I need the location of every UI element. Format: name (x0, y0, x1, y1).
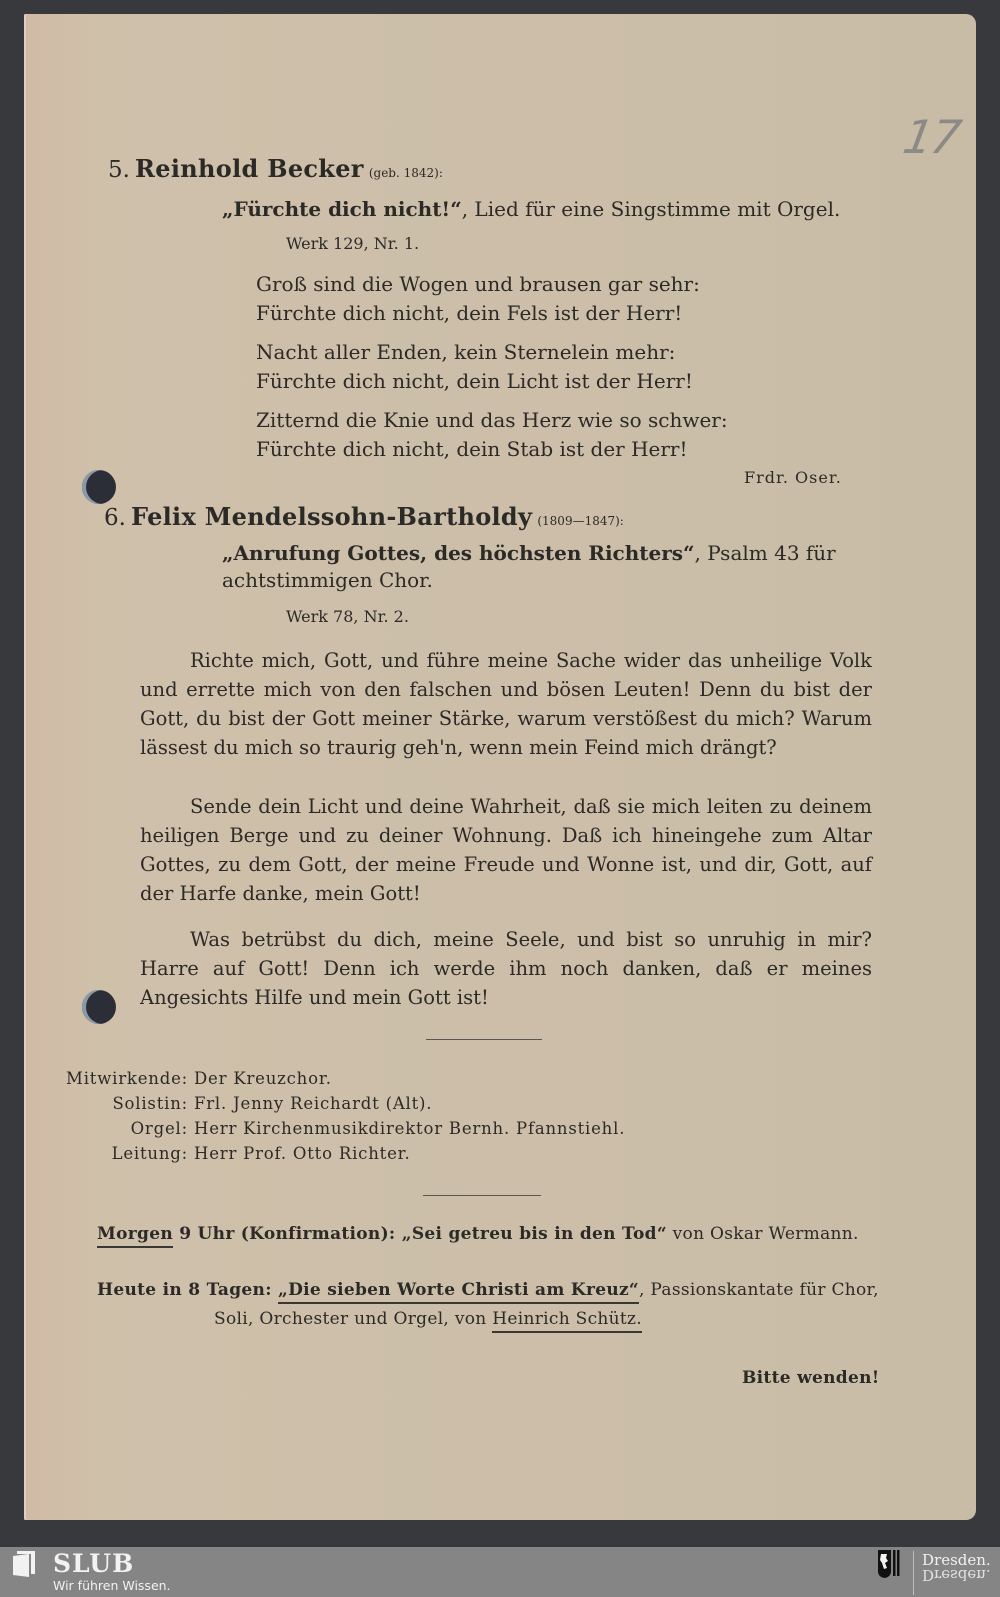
slub-logo-icon (13, 1551, 41, 1577)
credit-value: Herr Prof. Otto Richter. (194, 1141, 411, 1166)
work-title: „Anrufung Gottes, des höchsten Richters“ (222, 541, 695, 565)
composer-dates: (1809—1847): (537, 514, 623, 528)
stanza: Nacht aller Enden, kein Sternelein mehr:… (256, 338, 728, 396)
notice-time: 9 Uhr (Konfirmation): (173, 1224, 402, 1244)
opus-number: Werk 78, Nr. 2. (286, 607, 409, 626)
composer-dates: (geb. 1842): (369, 166, 443, 180)
footer-divider (913, 1551, 914, 1595)
credit-label: Leitung: (58, 1141, 194, 1166)
composer-name: Reinhold Becker (135, 154, 364, 183)
verse-line: Fürchte dich nicht, dein Licht ist der H… (256, 367, 728, 396)
psalm-paragraph: Was betrübst du dich, meine Seele, und b… (140, 925, 872, 1012)
divider (426, 1039, 542, 1040)
slub-brand[interactable]: SLUB (53, 1549, 134, 1578)
work-subtitle: , Psalm 43 für (695, 541, 836, 565)
item-number: 5. (108, 157, 130, 183)
next-week-notice-cont: Soli, Orchester und Orgel, von Heinrich … (214, 1309, 642, 1329)
work-subtitle-cont: achtstimmigen Chor. (222, 568, 433, 592)
notice-desc: Soli, Orchester und Orgel, von (214, 1309, 492, 1329)
item5-work-title: „Fürchte dich nicht!“, Lied für eine Sin… (222, 197, 840, 221)
poem: Groß sind die Wogen und brausen gar sehr… (256, 270, 728, 474)
notice-composer: von Oskar Wermann. (667, 1224, 859, 1244)
notice-desc: , Passionskantate für Chor, (639, 1280, 879, 1300)
verse-line: Zitternd die Knie und das Herz wie so sc… (256, 406, 728, 435)
item5-heading: 5. Reinhold Becker (geb. 1842): (108, 154, 443, 183)
credit-row: Mitwirkende: Der Kreuzchor. (58, 1066, 625, 1091)
notice-composer: Heinrich Schütz. (492, 1309, 642, 1333)
turn-over-note: Bitte wenden! (742, 1368, 880, 1388)
notice-day: Morgen (97, 1224, 173, 1248)
verse-line: Groß sind die Wogen und brausen gar sehr… (256, 270, 728, 299)
performers-list: Mitwirkende: Der Kreuzchor. Solistin: Fr… (58, 1066, 625, 1166)
footer-bar: SLUB Wir führen Wissen. Dresden. Dresden… (0, 1547, 1000, 1597)
divider (423, 1195, 541, 1196)
item6-heading: 6. Felix Mendelssohn-Bartholdy (1809—184… (104, 502, 624, 531)
notice-work: „Die sieben Worte Christi am Kreuz“ (278, 1280, 639, 1304)
stanza: Zitternd die Knie und das Herz wie so sc… (256, 406, 728, 464)
notice-work: „Sei getreu bis in den Tod“ (402, 1224, 667, 1244)
dresden-wordmark-reflection: Dresden. (922, 1566, 991, 1584)
work-subtitle: , Lied für eine Singstimme mit Orgel. (462, 197, 841, 221)
credit-row: Orgel: Herr Kirchenmusikdirektor Bernh. … (58, 1116, 625, 1141)
credit-label: Mitwirkende: (58, 1066, 194, 1091)
verse-line: Nacht aller Enden, kein Sternelein mehr: (256, 338, 728, 367)
credit-label: Solistin: (58, 1091, 194, 1116)
credit-value: Frl. Jenny Reichardt (Alt). (194, 1091, 432, 1116)
credit-label: Orgel: (58, 1116, 194, 1141)
psalm-paragraph: Richte mich, Gott, und führe meine Sache… (140, 646, 872, 762)
folio-mark: 17 (899, 110, 963, 164)
notice-when: Heute in 8 Tagen: (97, 1280, 278, 1300)
stanza: Groß sind die Wogen und brausen gar sehr… (256, 270, 728, 328)
verse-line: Fürchte dich nicht, dein Stab ist der He… (256, 435, 728, 464)
dresden-crest-icon (877, 1549, 903, 1579)
credit-row: Leitung: Herr Prof. Otto Richter. (58, 1141, 625, 1166)
credit-value: Der Kreuzchor. (194, 1066, 332, 1091)
item-number: 6. (104, 505, 126, 531)
lyricist: Frdr. Oser. (744, 468, 842, 487)
punch-hole (82, 990, 116, 1024)
item6-work-title: „Anrufung Gottes, des höchsten Richters“… (222, 541, 836, 565)
psalm-paragraph: Sende dein Licht und deine Wahrheit, daß… (140, 792, 872, 908)
slub-tagline: Wir führen Wissen. (53, 1578, 171, 1593)
opus-number: Werk 129, Nr. 1. (286, 234, 419, 253)
punch-hole (82, 470, 116, 504)
verse-line: Fürchte dich nicht, dein Fels ist der He… (256, 299, 728, 328)
next-week-notice: Heute in 8 Tagen: „Die sieben Worte Chri… (97, 1280, 879, 1300)
work-title: „Fürchte dich nicht!“ (222, 197, 462, 221)
composer-name: Felix Mendelssohn-Bartholdy (131, 502, 532, 531)
credit-value: Herr Kirchenmusikdirektor Bernh. Pfannst… (194, 1116, 625, 1141)
tomorrow-notice: Morgen 9 Uhr (Konfirmation): „Sei getreu… (97, 1224, 859, 1244)
turn-over-text: Bitte wenden! (742, 1368, 880, 1388)
credit-row: Solistin: Frl. Jenny Reichardt (Alt). (58, 1091, 625, 1116)
